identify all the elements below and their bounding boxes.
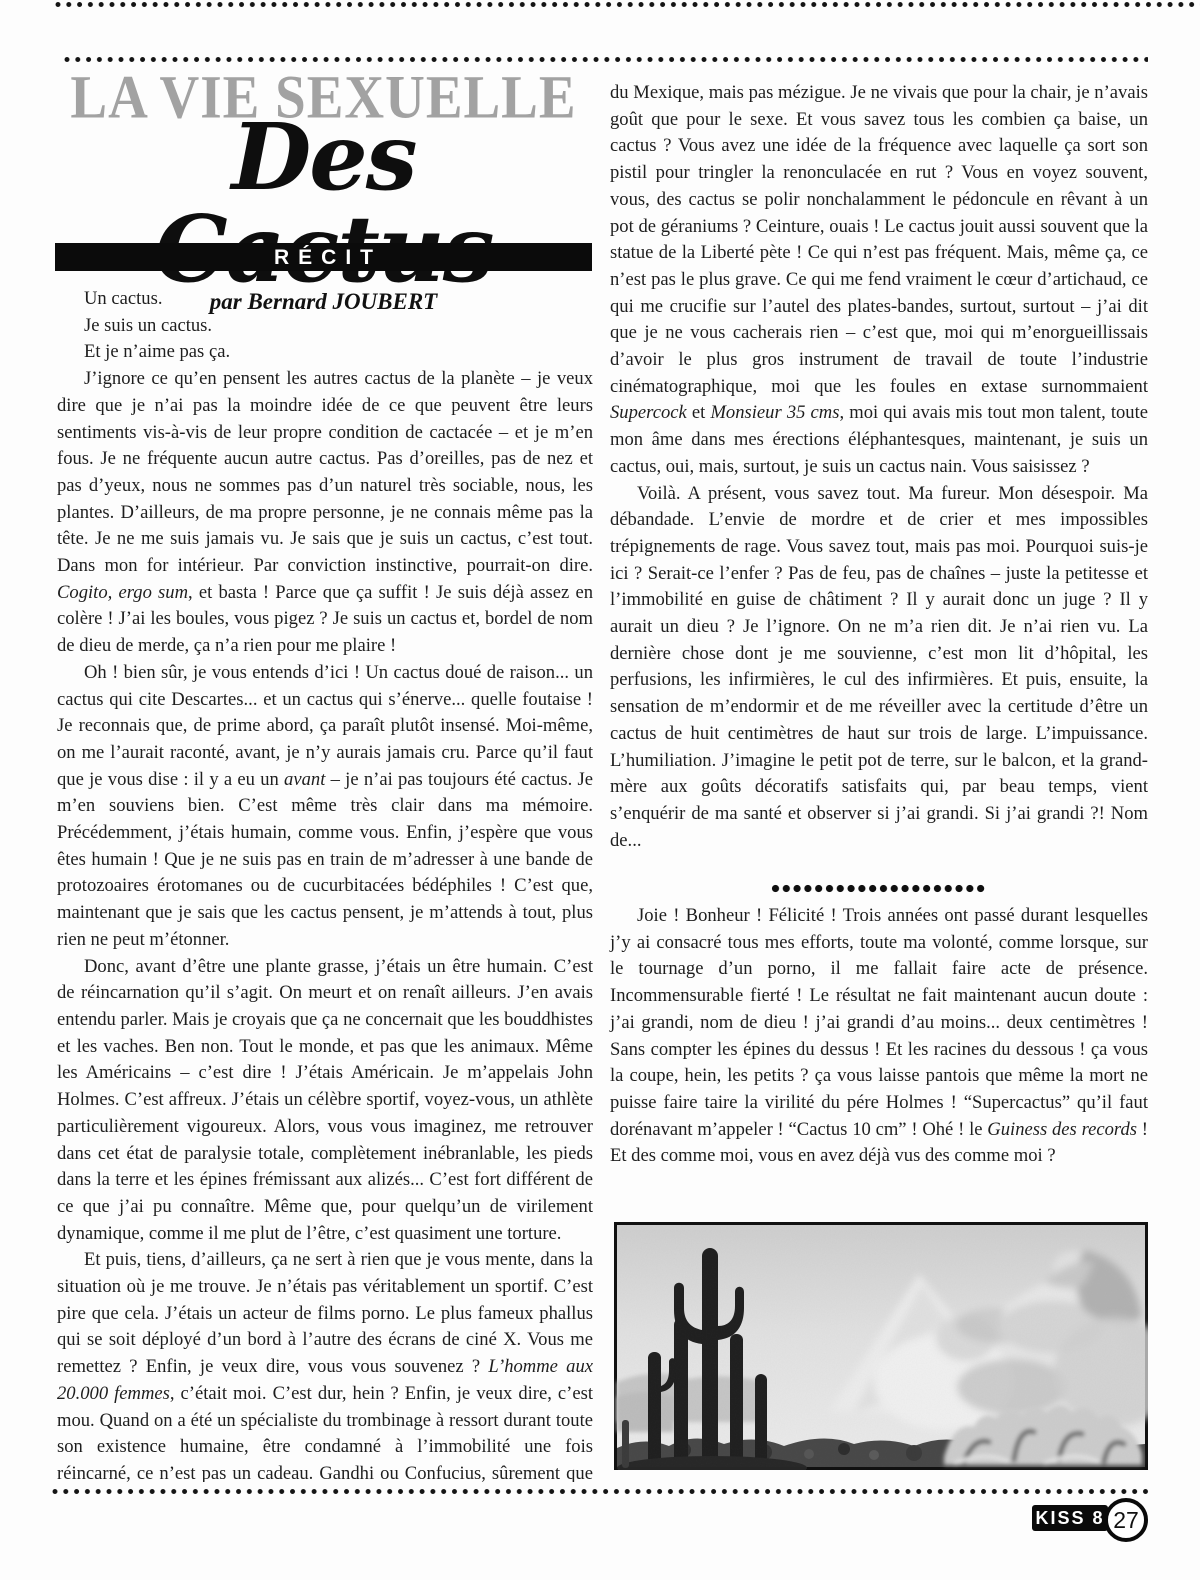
section-separator-dots: [610, 884, 1148, 893]
film-grain-overlay: [617, 1225, 1145, 1467]
page-number: 27: [1113, 1507, 1139, 1534]
separator-dots-inner: [771, 884, 987, 893]
right-text-column-top: du Mexique, mais pas mézigue. Je ne viva…: [610, 80, 1148, 854]
left-text-column: Un cactus.Je suis un cactus.Et je n’aime…: [57, 286, 593, 1482]
article-header: LA VIE SEXUELLE Des Cactus par Bernard J…: [55, 66, 592, 315]
footer-dotted-rule: [52, 1488, 1150, 1495]
right-text-column-bottom: Joie ! Bonheur ! Félicité ! Trois années…: [610, 903, 1148, 1170]
photo-illustration: [614, 1222, 1148, 1470]
kicker-label: RÉCIT: [265, 247, 382, 268]
magazine-name-badge: KISS 8: [1032, 1505, 1108, 1531]
desert-photomontage: [614, 1222, 1148, 1470]
magazine-name: KISS 8: [1035, 1509, 1104, 1527]
page-number-badge: 27: [1104, 1498, 1148, 1542]
kicker-bar: RÉCIT: [55, 243, 592, 271]
article-title-line1: LA VIE SEXUELLE: [55, 66, 592, 128]
top-edge-dotted-rule: [55, 1, 1200, 8]
